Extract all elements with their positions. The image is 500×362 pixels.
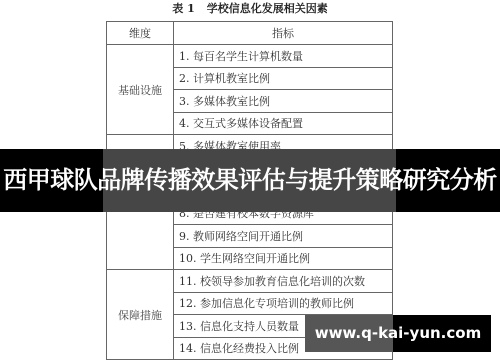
header-indicator: 指标 bbox=[174, 22, 393, 45]
indicator-cell: 9. 教师网络空间开通比例 bbox=[174, 225, 393, 248]
indicator-cell: 12. 参加信息化专项培训的教师比例 bbox=[174, 292, 393, 315]
header-dimension: 维度 bbox=[107, 22, 174, 45]
indicator-cell: 3. 多媒体教室比例 bbox=[174, 90, 393, 113]
table-row: 保障措施 11. 校领导参加教育信息化培训的次数 bbox=[107, 270, 393, 293]
indicator-cell: 11. 校领导参加教育信息化培训的次数 bbox=[174, 270, 393, 293]
overlay-banner-title: 西甲球队品牌传播效果评估与提升策略研究分析 bbox=[0, 149, 500, 212]
indicator-cell: 10. 学生网络空间开通比例 bbox=[174, 247, 393, 270]
indicator-cell: 4. 交互式多媒体设备配置 bbox=[174, 112, 393, 135]
dimension-cell: 保障措施 bbox=[107, 270, 174, 360]
indicator-cell: 2. 计算机教室比例 bbox=[174, 67, 393, 90]
dimension-cell: 基础设施 bbox=[107, 45, 174, 135]
table-row: 基础设施 1. 每百名学生计算机数量 bbox=[107, 45, 393, 68]
indicator-cell: 1. 每百名学生计算机数量 bbox=[174, 45, 393, 68]
caption-title: 学校信息化发展相关因素 bbox=[207, 2, 328, 15]
watermark-url: www.q-kai-yun.com bbox=[305, 315, 491, 352]
table-header-row: 维度 指标 bbox=[107, 22, 393, 45]
table-caption: 表 1学校信息化发展相关因素 bbox=[0, 1, 500, 17]
caption-number: 表 1 bbox=[172, 2, 194, 15]
